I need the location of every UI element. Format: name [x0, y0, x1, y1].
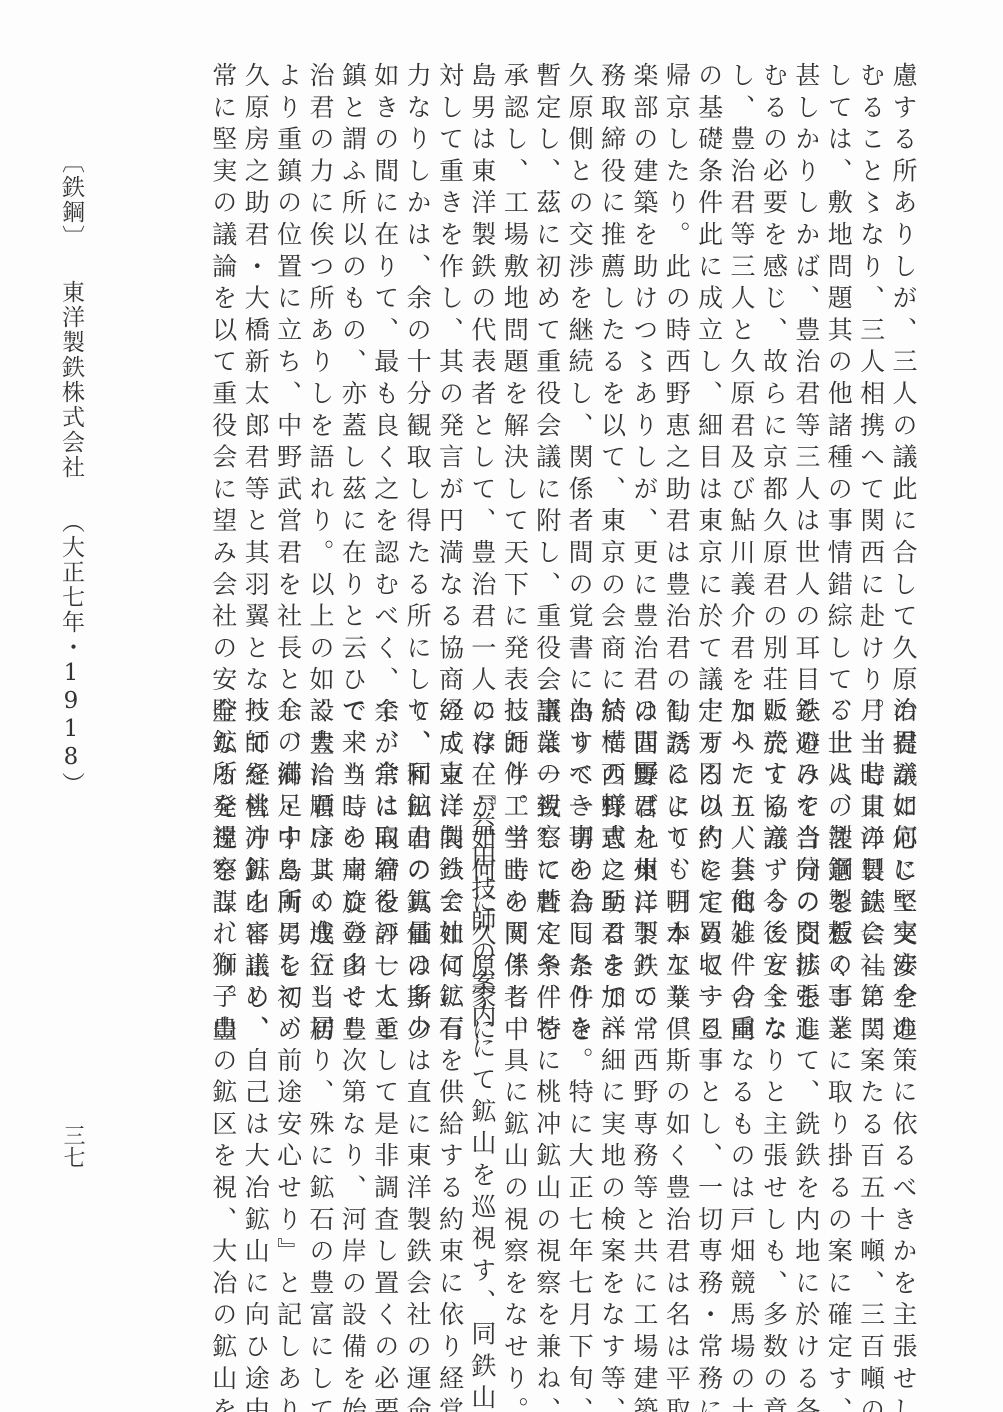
text-column: て、余は取締役の一人として是非調査し置くの必要あり、今回上海ま	[368, 697, 400, 1297]
text-column: り、同鉱山の鉱量の多少は直に東洋製鉄会社の運命に関するものにし	[401, 697, 433, 1297]
upper-text-block: 慮する所ありしが、三人の議此に合して久原の提議に応じて交渉を進 むること〻なり、…	[89, 62, 919, 674]
text-column: 事業の視察に赴くや、特に桃冲鉱山の視察を兼ね、東洋製鉄会社より	[530, 697, 562, 1297]
text-column: 治君が如何に堅実安全の策に依るべきかを主張せしかは、大正七年九	[887, 697, 919, 1297]
text-column: 月十七日の日誌に『第二案たる百五十噸、三百噸の熔鉱炉出来上りた	[854, 697, 886, 1297]
text-column: 楽部の建築を助けつ〻ありしが、更に豊治君は西野君を東洋製鉄の常	[627, 62, 659, 674]
text-column: 技師を桃冲鉱山に止め、自己は大冶鉱山に向ひ途中蕪湖の三菱会社の	[239, 697, 271, 1297]
text-column: 務取締役に推薦したるを以て、東京の会商に於て西野恵之助君を加へ	[595, 62, 627, 674]
text-column: 如きの間に在りて、最も良く之を認むべく、余が常に同君を評して重	[368, 62, 400, 674]
text-column: の基礎条件此に成立し、細目は東京に於て議定するの約を定めて一旦	[692, 62, 724, 674]
header-section: 〔鉄鋼〕	[58, 150, 84, 250]
lower-text-block: 治君が如何に堅実安全の策に依るべきかを主張せしかは、大正七年九 月十七日の日誌に…	[89, 697, 919, 1297]
text-column: 結構の様式に至るまで詳細に実地の検案をなす等、殆んど専務取締の	[595, 697, 627, 1297]
text-column: 技師伴工学士を同伴し、具に鉱山の視察をなせり。十月十五日の日誌	[498, 697, 530, 1297]
text-column: には、『益田技師の案内にて鉱山を巡視す、同鉄山は中日実業会社を	[466, 697, 498, 1297]
text-column: 久原側との交渉を継続し、関係者間の覚書に由りて一切の合同条件を	[563, 62, 595, 674]
text-column: 帰京したり。此の時西野恵之助君は豊治君の勧誘により、日本工業倶	[660, 62, 692, 674]
page-number: 三七	[58, 1124, 86, 1168]
text-column: 貯鉱所を視察し、獅子山の鉱区を視、大冶の鉱山を一巡し、大冶倶楽	[206, 697, 238, 1297]
header-era: （大正七年・1918）	[58, 510, 84, 797]
text-column: 暫定し、茲に初めて重役会議に附し、重役会議は一致して暫定条件を	[530, 62, 562, 674]
text-column: 常に堅実の議論を以て重役会に望み会社の安全なる発達を謀れり。豊	[206, 62, 238, 674]
text-column: 鉄のみを当分の間拡張して、銑鉄を内地に於ける各種製鋼製鉄会社に	[789, 697, 821, 1297]
text-column: 承認し、工場敷地問題を解決して天下に発表したり。当時の関係者中	[498, 62, 530, 674]
text-column: 久原房之助君・大橋新太郎君等と其羽翼となりて経営方針を審議し、	[239, 62, 271, 674]
text-column: 為すべき事を為したりき。特に大正七年七月下旬、支那に於ける紡績	[563, 697, 595, 1297]
text-column: むること〻なり、三人相携へて関西に赴けり。当時東洋製鉄会社に関	[854, 62, 886, 674]
text-column: より重鎮の位置に立ち、中野武営君を社長とし、郷・中島両男を初め	[271, 62, 303, 674]
text-column: 設大に順序よく進行し居り、殊に鉱石の豊富にして鉱質の良好なるは	[304, 697, 336, 1297]
text-column: る上は、製鋼製板の事業に取り掛るの案に確定す、余は第一案たる銑	[822, 697, 854, 1297]
header-company: 東洋製鉄株式会社	[58, 280, 84, 480]
text-column: し、豊治君等三人と久原君及び鮎川義介君を加へて五人会商し、合同	[725, 62, 757, 674]
text-column: 余の満足する所にして、前途安心せり』と記しあり。豊治君は尚ほ伴	[271, 697, 303, 1297]
text-column: 販売する方、今後安全なりと主張せしも、多数の意見に従ひ第二案と	[757, 697, 789, 1297]
document-page: 慮する所ありしが、三人の議此に合して久原の提議に応じて交渉を進 むること〻なり、…	[0, 0, 1003, 1412]
text-column: の間屢ば九州に下りて、西野専務等と共に工場建築の状態より、規模	[627, 697, 659, 1297]
text-column: したるにても明かなり。斯の如く豊治君は名は平取締役なれども、此	[660, 697, 692, 1297]
text-column: 経て東洋製鉄会社に鉱石を供給する約束に依り経営を始めたるものな	[433, 697, 465, 1297]
text-column: 治君の力に俟つ所ありしを語れり。以上の如く豊治君は其の成立当初	[304, 62, 336, 674]
text-column: 十万円以内にて買収する事とし、一切専務・常務に一任のこと』と書	[692, 697, 724, 1297]
text-column: なりたり、其他雑件の重なるものは戸畑競馬場の土地二万三千坪を七	[725, 697, 757, 1297]
text-column: 島男は東洋製鉄の代表者として、豊治君一人の存在が如何に久原家に	[466, 62, 498, 674]
text-column: 慮する所ありしが、三人の議此に合して久原の提議に応じて交渉を進	[887, 62, 919, 674]
text-column: 力なりしかは、余の十分観取し得たる所にして、和田君の真価は斯の	[401, 62, 433, 674]
text-column: で来りしを幸ひ登山せし次第なり、河岸の設備を始め、鉄道其他の施	[336, 697, 368, 1297]
text-column: 対して重きを作し、其の発言が円満なる協商の成立に向つて如何に有	[433, 62, 465, 674]
text-column: しては、敷地問題其の他諸種の事情錯綜して、世人の注意を惹くこと	[822, 62, 854, 674]
running-header: 〔鉄鋼〕東洋製鉄株式会社（大正七年・1918）	[56, 150, 86, 797]
text-column: 甚しかりしかば、豊治君等三人は世人の耳目を避けて合同の交渉を進	[789, 62, 821, 674]
text-column: むるの必要を感じ、故らに京都久原君の別荘に於て協議すること〻な	[757, 62, 789, 674]
text-column: 鎮と謂ふ所以のもの、亦蓋し茲に在りと云ひて、当時の周旋の多く豊	[336, 62, 368, 674]
